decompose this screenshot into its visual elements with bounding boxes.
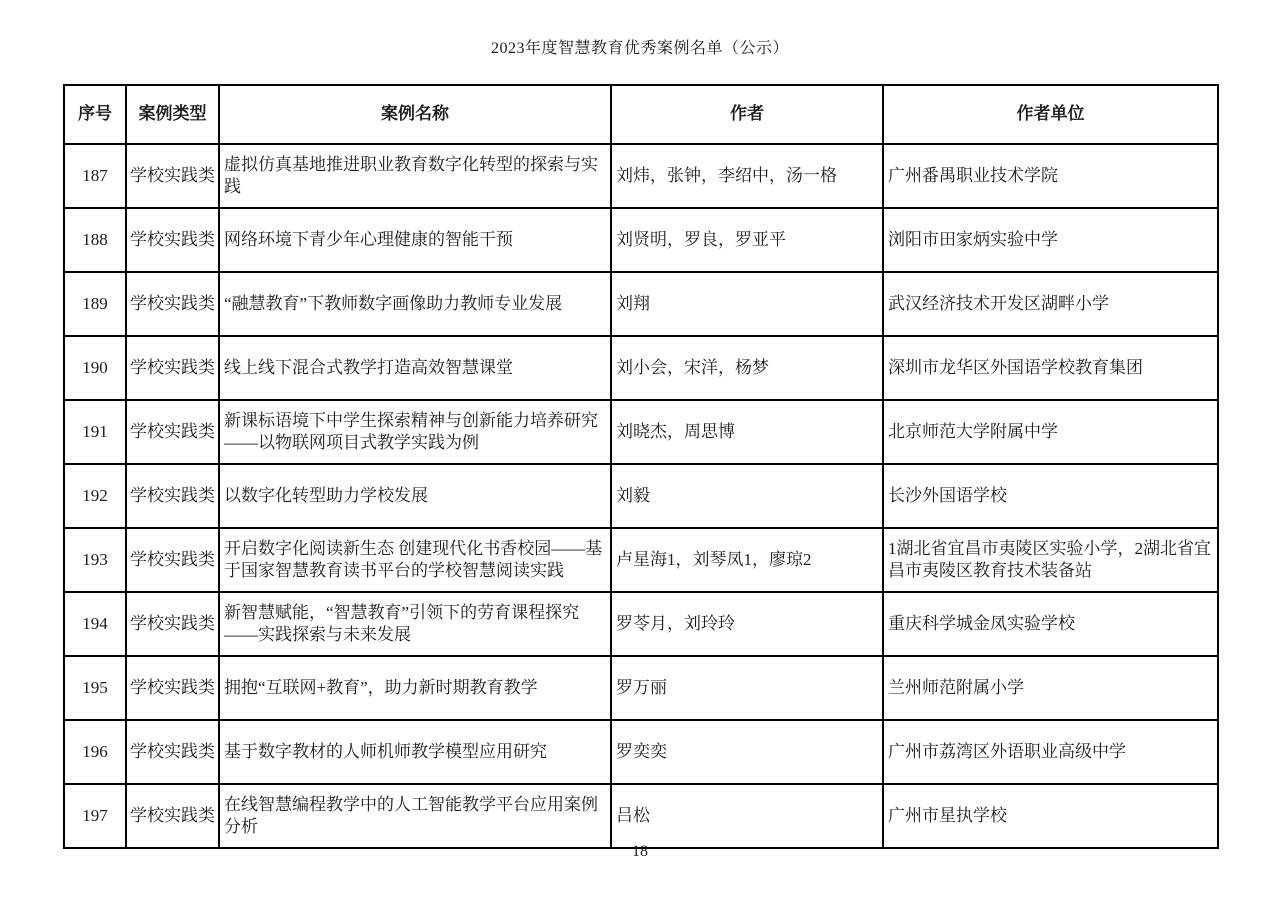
row-number-cell: 187 xyxy=(64,144,126,208)
table-row: 193 学校实践类 开启数字化阅读新生态 创建现代化书香校园——基于国家智慧教育… xyxy=(64,528,1218,592)
row-number-cell: 194 xyxy=(64,592,126,656)
org-cell: 北京师范大学附属中学 xyxy=(883,400,1218,464)
row-number-cell: 189 xyxy=(64,272,126,336)
table-row: 195 学校实践类 拥抱“互联网+教育”，助力新时期教育教学 罗万丽 兰州师范附… xyxy=(64,656,1218,720)
col-header-authors: 作者 xyxy=(611,85,883,144)
page-number: 18 xyxy=(0,843,1280,861)
case-name-cell: 新智慧赋能，“智慧教育”引领下的劳育课程探究——实践探索与未来发展 xyxy=(219,592,611,656)
case-type-cell: 学校实践类 xyxy=(126,144,219,208)
authors-cell: 刘翔 xyxy=(611,272,883,336)
table-row: 188 学校实践类 网络环境下青少年心理健康的智能干预 刘贤明，罗良，罗亚平 浏… xyxy=(64,208,1218,272)
table-row: 197 学校实践类 在线智慧编程教学中的人工智能教学平台应用案例分析 吕松 广州… xyxy=(64,784,1218,848)
table-row: 189 学校实践类 “融慧教育”下教师数字画像助力教师专业发展 刘翔 武汉经济技… xyxy=(64,272,1218,336)
case-type-cell: 学校实践类 xyxy=(126,400,219,464)
table-row: 187 学校实践类 虚拟仿真基地推进职业教育数字化转型的探索与实践 刘炜，张钟，… xyxy=(64,144,1218,208)
case-type-cell: 学校实践类 xyxy=(126,784,219,848)
authors-cell: 刘晓杰，周思博 xyxy=(611,400,883,464)
authors-cell: 罗万丽 xyxy=(611,656,883,720)
col-header-no: 序号 xyxy=(64,85,126,144)
table-header-row: 序号 案例类型 案例名称 作者 作者单位 xyxy=(64,85,1218,144)
authors-cell: 刘小会，宋洋，杨梦 xyxy=(611,336,883,400)
case-type-cell: 学校实践类 xyxy=(126,720,219,784)
authors-cell: 刘毅 xyxy=(611,464,883,528)
case-type-cell: 学校实践类 xyxy=(126,528,219,592)
col-header-org: 作者单位 xyxy=(883,85,1218,144)
case-name-cell: 虚拟仿真基地推进职业教育数字化转型的探索与实践 xyxy=(219,144,611,208)
authors-cell: 吕松 xyxy=(611,784,883,848)
case-name-cell: 线上线下混合式教学打造高效智慧课堂 xyxy=(219,336,611,400)
case-name-cell: 网络环境下青少年心理健康的智能干预 xyxy=(219,208,611,272)
row-number-cell: 195 xyxy=(64,656,126,720)
row-number-cell: 190 xyxy=(64,336,126,400)
org-cell: 广州市荔湾区外语职业高级中学 xyxy=(883,720,1218,784)
case-name-cell: 开启数字化阅读新生态 创建现代化书香校园——基于国家智慧教育读书平台的学校智慧阅… xyxy=(219,528,611,592)
table-row: 191 学校实践类 新课标语境下中学生探索精神与创新能力培养研究——以物联网项目… xyxy=(64,400,1218,464)
case-list-table: 序号 案例类型 案例名称 作者 作者单位 187 学校实践类 虚拟仿真基地推进职… xyxy=(63,84,1219,849)
authors-cell: 刘炜，张钟，李绍中，汤一格 xyxy=(611,144,883,208)
table-row: 196 学校实践类 基于数字教材的人师机师教学模型应用研究 罗奕奕 广州市荔湾区… xyxy=(64,720,1218,784)
row-number-cell: 196 xyxy=(64,720,126,784)
row-number-cell: 188 xyxy=(64,208,126,272)
case-name-cell: 基于数字教材的人师机师教学模型应用研究 xyxy=(219,720,611,784)
org-cell: 广州番禺职业技术学院 xyxy=(883,144,1218,208)
case-type-cell: 学校实践类 xyxy=(126,656,219,720)
table-row: 192 学校实践类 以数字化转型助力学校发展 刘毅 长沙外国语学校 xyxy=(64,464,1218,528)
table-row: 190 学校实践类 线上线下混合式教学打造高效智慧课堂 刘小会，宋洋，杨梦 深圳… xyxy=(64,336,1218,400)
org-cell: 深圳市龙华区外国语学校教育集团 xyxy=(883,336,1218,400)
org-cell: 广州市星执学校 xyxy=(883,784,1218,848)
authors-cell: 罗苓月，刘玲玲 xyxy=(611,592,883,656)
row-number-cell: 191 xyxy=(64,400,126,464)
case-type-cell: 学校实践类 xyxy=(126,592,219,656)
org-cell: 武汉经济技术开发区湖畔小学 xyxy=(883,272,1218,336)
case-name-cell: “融慧教育”下教师数字画像助力教师专业发展 xyxy=(219,272,611,336)
org-cell: 长沙外国语学校 xyxy=(883,464,1218,528)
row-number-cell: 193 xyxy=(64,528,126,592)
case-type-cell: 学校实践类 xyxy=(126,336,219,400)
org-cell: 1湖北省宜昌市夷陵区实验小学，2湖北省宜昌市夷陵区教育技术装备站 xyxy=(883,528,1218,592)
row-number-cell: 197 xyxy=(64,784,126,848)
case-name-cell: 以数字化转型助力学校发展 xyxy=(219,464,611,528)
authors-cell: 卢星海1，刘琴凤1，廖琼2 xyxy=(611,528,883,592)
org-cell: 兰州师范附属小学 xyxy=(883,656,1218,720)
row-number-cell: 192 xyxy=(64,464,126,528)
table-row: 194 学校实践类 新智慧赋能，“智慧教育”引领下的劳育课程探究——实践探索与未… xyxy=(64,592,1218,656)
authors-cell: 罗奕奕 xyxy=(611,720,883,784)
col-header-name: 案例名称 xyxy=(219,85,611,144)
col-header-type: 案例类型 xyxy=(126,85,219,144)
case-name-cell: 新课标语境下中学生探索精神与创新能力培养研究——以物联网项目式教学实践为例 xyxy=(219,400,611,464)
case-type-cell: 学校实践类 xyxy=(126,208,219,272)
case-name-cell: 拥抱“互联网+教育”，助力新时期教育教学 xyxy=(219,656,611,720)
case-name-cell: 在线智慧编程教学中的人工智能教学平台应用案例分析 xyxy=(219,784,611,848)
org-cell: 浏阳市田家炳实验中学 xyxy=(883,208,1218,272)
case-table-body: 187 学校实践类 虚拟仿真基地推进职业教育数字化转型的探索与实践 刘炜，张钟，… xyxy=(64,144,1218,848)
case-type-cell: 学校实践类 xyxy=(126,464,219,528)
org-cell: 重庆科学城金凤实验学校 xyxy=(883,592,1218,656)
case-type-cell: 学校实践类 xyxy=(126,272,219,336)
page-title: 2023年度智慧教育优秀案例名单（公示） xyxy=(0,35,1280,58)
authors-cell: 刘贤明，罗良，罗亚平 xyxy=(611,208,883,272)
